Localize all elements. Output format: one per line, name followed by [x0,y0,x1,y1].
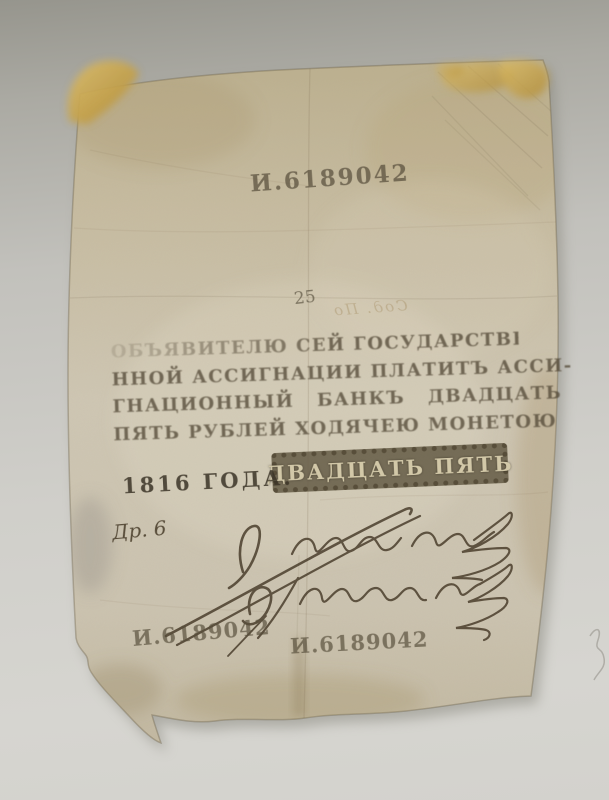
denomination-numeral: 25 [293,287,317,309]
banknote-photograph: И.6189042 25 Сод. По ОБЪЯВИТЕЛЮ СЕЙ ГОСУ… [0,0,609,800]
note-body-text: ОБЪЯВИТЕЛЮ СЕЙ ГОСУДАРСТВЕ- ННОЙ АССИГНА… [110,326,521,449]
handwritten-mark: Др. 6 [111,516,167,545]
backdrop-pencil-scribble [590,630,604,680]
denomination-stamp-label: ДВАДЦАТЬ ПЯТЬ [266,450,514,486]
